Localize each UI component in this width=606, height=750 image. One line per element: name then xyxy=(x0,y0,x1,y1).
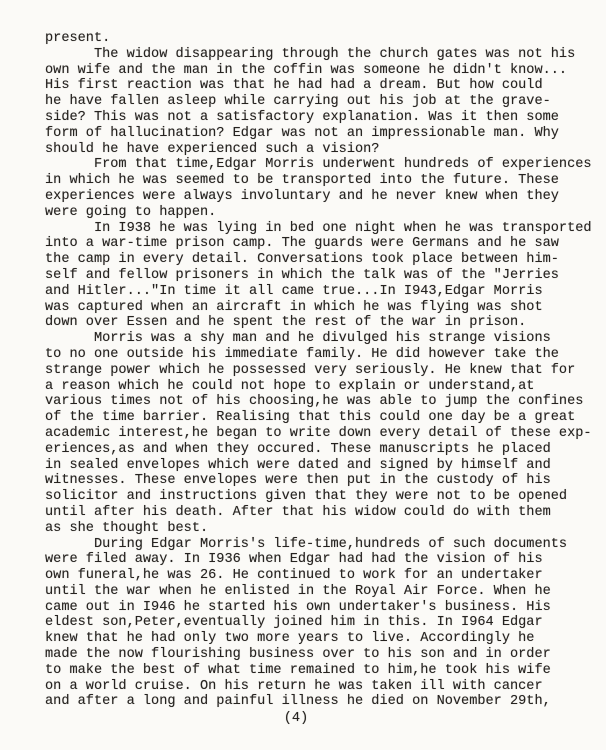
page-number: (4) xyxy=(0,711,592,727)
typewritten-page: present. The widow disappearing through … xyxy=(0,0,606,750)
page-body-text: present. The widow disappearing through … xyxy=(45,31,592,710)
